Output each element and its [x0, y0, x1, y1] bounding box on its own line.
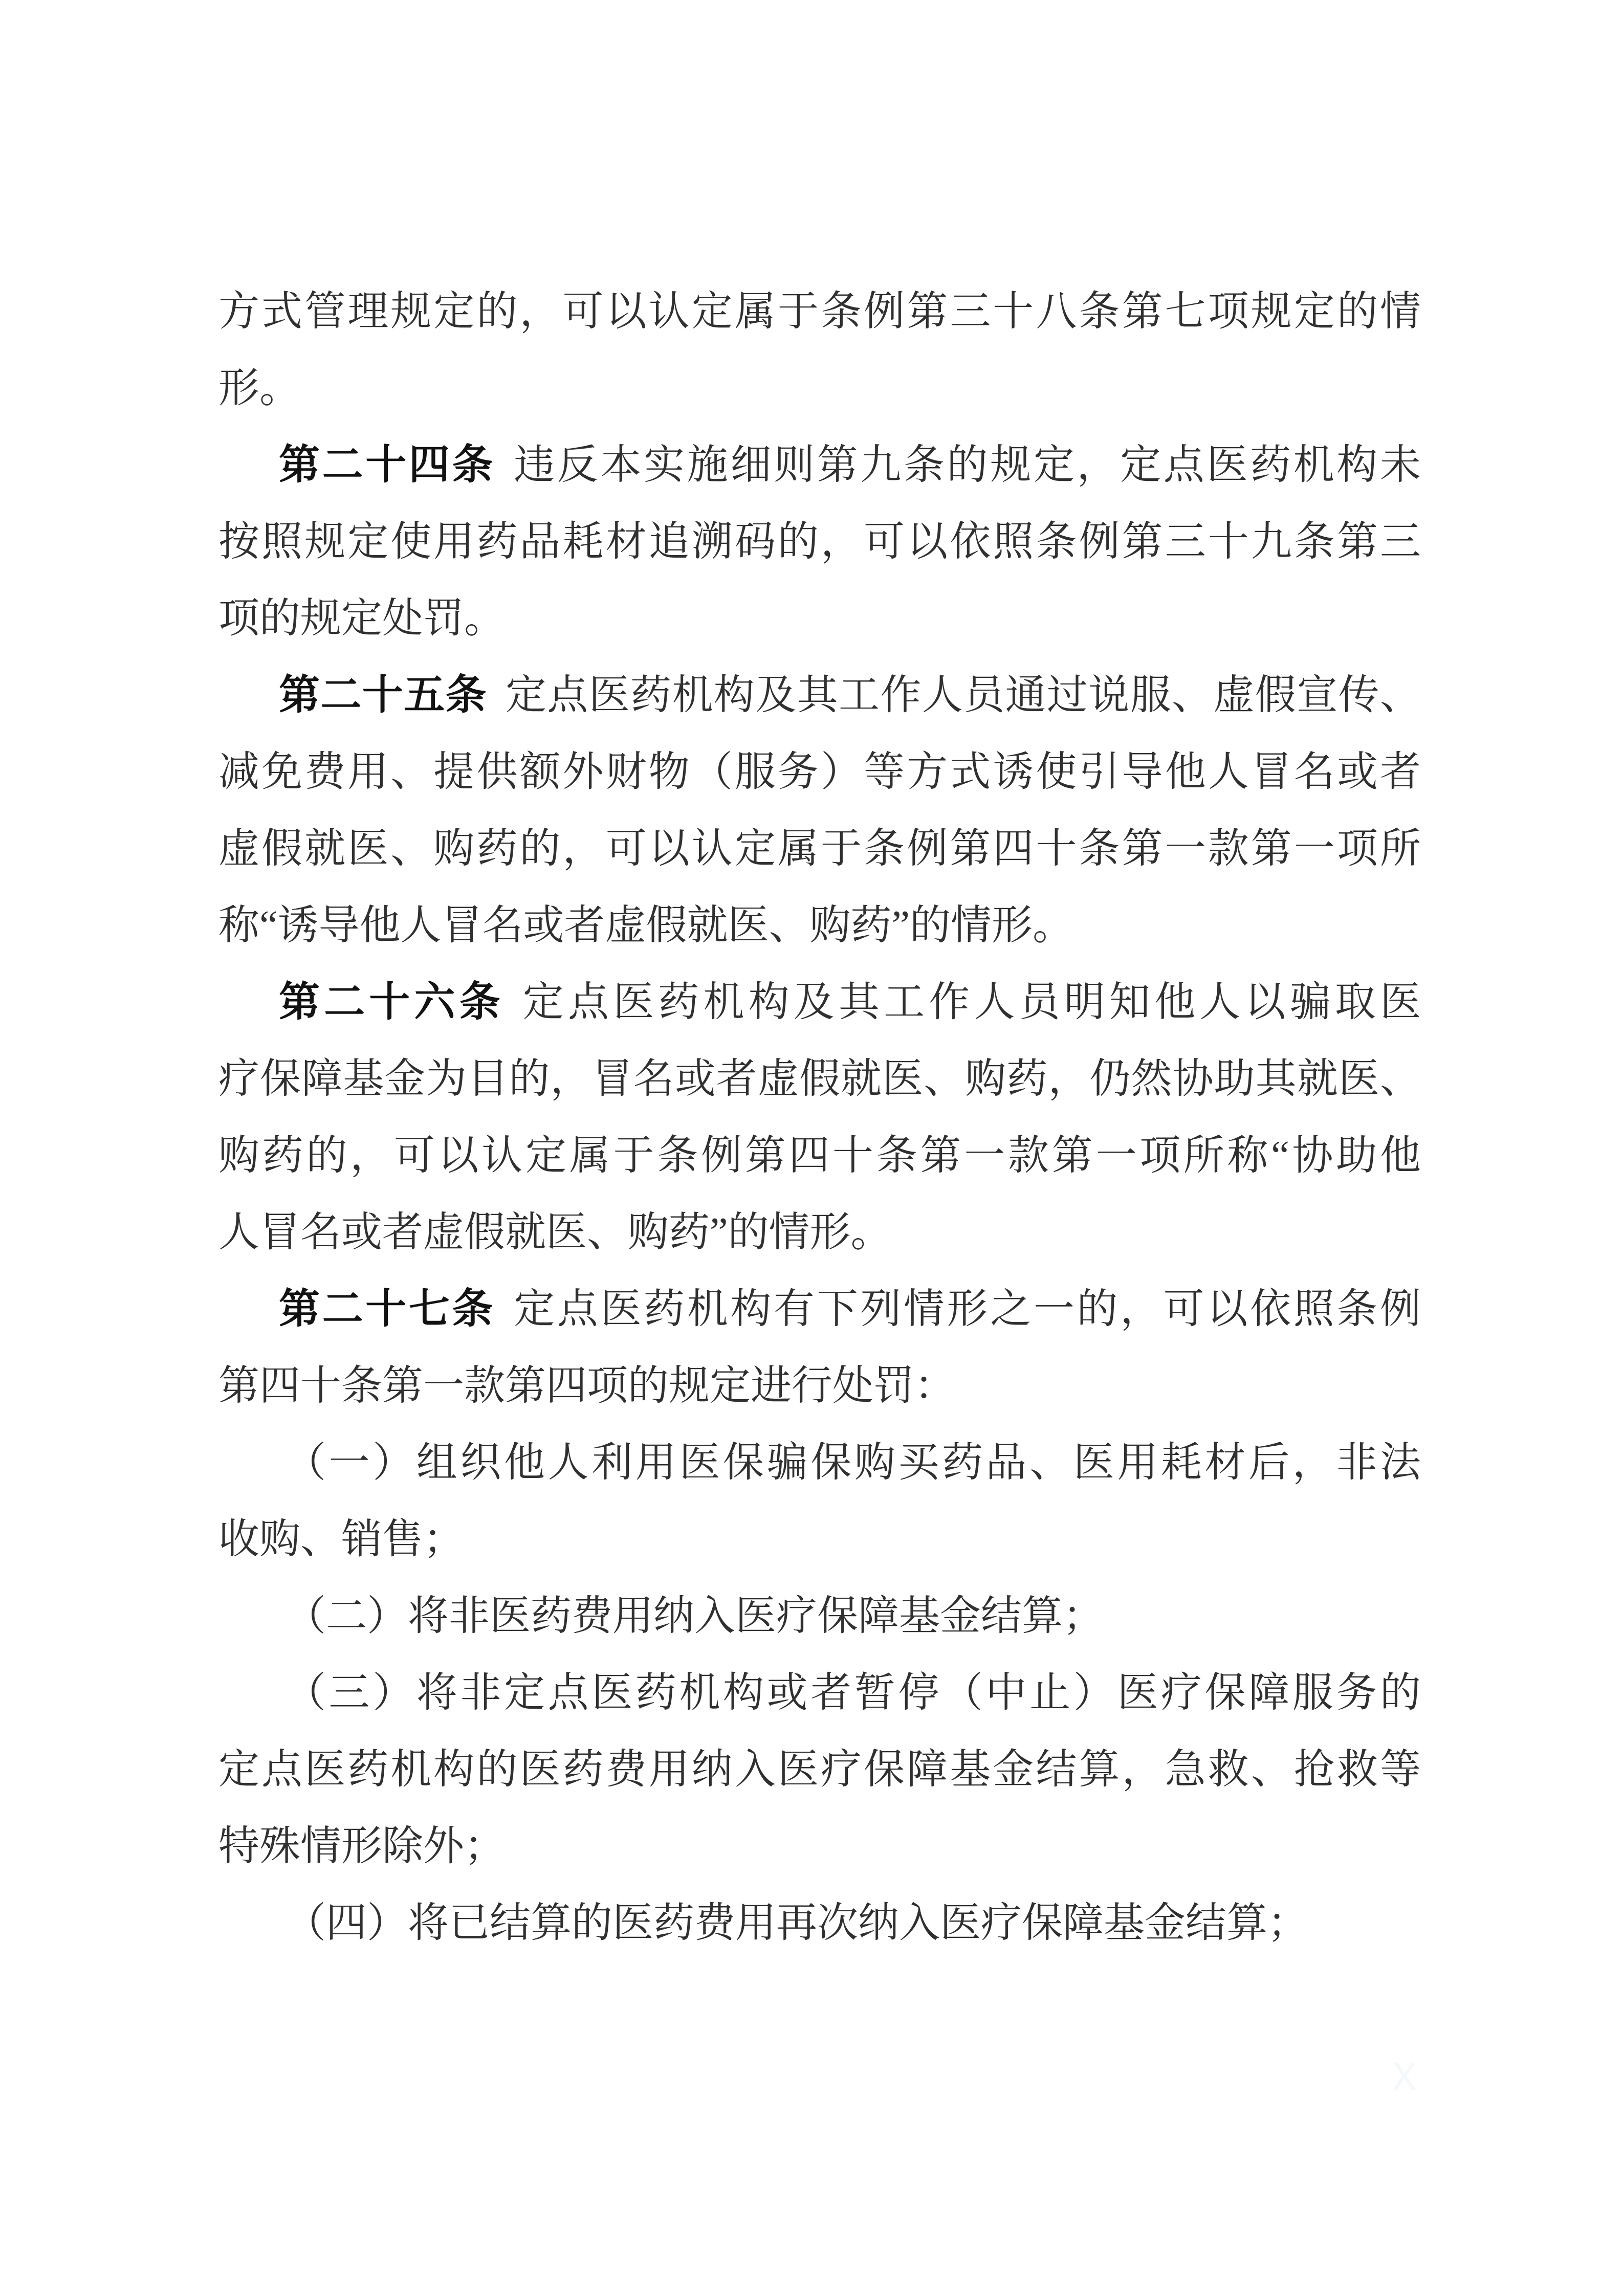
- line-text: 定点医药机构及其工作人员明知他人以骗取医: [523, 980, 1421, 1025]
- line-text: 人冒名或者虚假就医、购药”的情形。: [218, 1210, 892, 1255]
- text-line-6: 第二十五条定点医药机构及其工作人员通过说服、虚假宣传、: [218, 657, 1421, 734]
- text-line-8: 虚假就医、购药的，可以认定属于条例第四十条第一款第一项所: [218, 810, 1421, 887]
- text-line-22: （四）将已结算的医药费用再次纳入医疗保障基金结算；: [218, 1885, 1421, 1961]
- text-line-13: 人冒名或者虚假就医、购药”的情形。: [218, 1194, 1421, 1271]
- line-text: 购药的，可以认定属于条例第四十条第一款第一项所称“协助他: [218, 1133, 1421, 1178]
- text-line-7: 减免费用、提供额外财物（服务）等方式诱使引导他人冒名或者: [218, 734, 1421, 810]
- line-text: 按照规定使用药品耗材追溯码的，可以依照条例第三十九条第三: [218, 519, 1421, 564]
- line-text: （二）将非医药费用纳入医疗保障基金结算；: [285, 1594, 1104, 1639]
- line-text: 疗保障基金为目的，冒名或者虚假就医、购药，仍然协助其就医、: [218, 1056, 1421, 1101]
- line-text: （一）组织他人利用医保骗保购买药品、医用耗材后，非法: [285, 1440, 1421, 1485]
- text-line-3: 第二十四条违反本实施细则第九条的规定，定点医药机构未: [218, 427, 1421, 503]
- line-text: 虚假就医、购药的，可以认定属于条例第四十条第一款第一项所: [218, 826, 1421, 871]
- text-line-10: 第二十六条定点医药机构及其工作人员明知他人以骗取医: [218, 964, 1421, 1041]
- line-text: 特殊情形除外；: [218, 1824, 505, 1869]
- watermark-x: X: [1392, 2058, 1417, 2096]
- line-text: 项的规定处罚。: [218, 596, 505, 641]
- text-line-12: 购药的，可以认定属于条例第四十条第一款第一项所称“协助他: [218, 1117, 1421, 1194]
- line-text: 减免费用、提供额外财物（服务）等方式诱使引导他人冒名或者: [218, 749, 1421, 794]
- line-text: 定点医药机构及其工作人员通过说服、虚假宣传、: [506, 673, 1421, 718]
- text-line-17: 收购、销售；: [218, 1501, 1421, 1578]
- article-number: 第二十四条: [279, 443, 495, 488]
- text-line-20: 定点医药机构的医药费用纳入医疗保障基金结算，急救、抢救等: [218, 1731, 1421, 1808]
- text-line-15: 第四十条第一款第四项的规定进行处罚：: [218, 1348, 1421, 1424]
- line-text: 定点医药机构有下列情形之一的，可以依照条例: [514, 1287, 1421, 1332]
- text-line-14: 第二十七条定点医药机构有下列情形之一的，可以依照条例: [218, 1271, 1421, 1348]
- article-number: 第二十七条: [279, 1287, 495, 1332]
- text-line-5: 项的规定处罚。: [218, 580, 1421, 657]
- text-line-4: 按照规定使用药品耗材追溯码的，可以依照条例第三十九条第三: [218, 503, 1421, 580]
- text-line-16: （一）组织他人利用医保骗保购买药品、医用耗材后，非法: [218, 1424, 1421, 1501]
- document-text: 方式管理规定的，可以认定属于条例第三十八条第七项规定的情形。第二十四条违反本实施…: [218, 273, 1421, 1961]
- article-number: 第二十六条: [279, 980, 505, 1025]
- text-line-1: 方式管理规定的，可以认定属于条例第三十八条第七项规定的情: [218, 273, 1421, 350]
- line-text: 违反本实施细则第九条的规定，定点医药机构未: [514, 443, 1421, 488]
- text-line-11: 疗保障基金为目的，冒名或者虚假就医、购药，仍然协助其就医、: [218, 1041, 1421, 1117]
- line-text: 形。: [218, 366, 300, 411]
- line-text: 收购、销售；: [218, 1517, 464, 1562]
- line-text: 第四十条第一款第四项的规定进行处罚：: [218, 1363, 955, 1408]
- line-text: （三）将非定点医药机构或者暂停（中止）医疗保障服务的: [285, 1670, 1421, 1715]
- text-line-21: 特殊情形除外；: [218, 1808, 1421, 1885]
- document-page: 方式管理规定的，可以认定属于条例第三十八条第七项规定的情形。第二十四条违反本实施…: [0, 0, 1623, 2296]
- line-text: 称“诱导他人冒名或者虚假就医、购药”的情形。: [218, 903, 1073, 948]
- line-text: 方式管理规定的，可以认定属于条例第三十八条第七项规定的情: [218, 289, 1421, 334]
- line-text: （四）将已结算的医药费用再次纳入医疗保障基金结算；: [285, 1901, 1308, 1946]
- text-line-18: （二）将非医药费用纳入医疗保障基金结算；: [218, 1578, 1421, 1654]
- text-line-2: 形。: [218, 350, 1421, 427]
- text-line-19: （三）将非定点医药机构或者暂停（中止）医疗保障服务的: [218, 1654, 1421, 1731]
- line-text: 定点医药机构的医药费用纳入医疗保障基金结算，急救、抢救等: [218, 1747, 1421, 1792]
- text-line-9: 称“诱导他人冒名或者虚假就医、购药”的情形。: [218, 887, 1421, 964]
- article-number: 第二十五条: [279, 673, 487, 718]
